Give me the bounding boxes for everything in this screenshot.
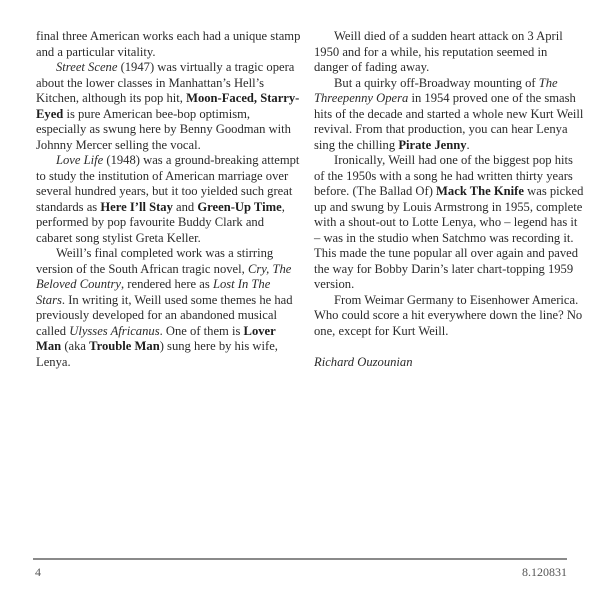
paragraph-conclusion: From Weimar Germany to Eisenhower Americ… — [314, 293, 584, 340]
song-title: Pirate Jenny — [398, 138, 466, 152]
catalogue-number: 8.120831 — [522, 565, 567, 580]
page-number: 4 — [35, 565, 41, 580]
work-title: Ulysses Africanus — [69, 324, 159, 338]
song-title: Green-Up Time — [197, 200, 281, 214]
author-signature: Richard Ouzounian — [314, 355, 584, 371]
text: was picked up and swung by Louis Armstro… — [314, 184, 583, 291]
paragraph-mack-the-knife: Ironically, Weill had one of the biggest… — [314, 153, 584, 293]
song-title: Here I’ll Stay — [100, 200, 173, 214]
left-text-column: final three American works each had a un… — [36, 29, 301, 370]
text: . — [467, 138, 470, 152]
text: Weill’s final completed work was a stirr… — [36, 246, 273, 276]
work-title: Street Scene — [56, 60, 117, 74]
text: , rendered here as — [121, 277, 213, 291]
paragraph-lost-in-the-stars: Weill’s final completed work was a stirr… — [36, 246, 301, 370]
song-title: Mack The Knife — [436, 184, 524, 198]
song-title: Trouble Man — [89, 339, 160, 353]
text: . One of them is — [160, 324, 244, 338]
paragraph-threepenny: But a quirky off-Broadway mounting of Th… — [314, 76, 584, 154]
work-title: Love Life — [56, 153, 103, 167]
text: and — [173, 200, 197, 214]
right-text-column: Weill died of a sudden heart attack on 3… — [314, 29, 584, 371]
text: (aka — [61, 339, 89, 353]
paragraph: final three American works each had a un… — [36, 29, 301, 60]
text: But a quirky off-Broadway mounting of — [334, 76, 539, 90]
footer-rule — [33, 558, 567, 560]
paragraph-love-life: Love Life (1948) was a ground-breaking a… — [36, 153, 301, 246]
paragraph-weill-death: Weill died of a sudden heart attack on 3… — [314, 29, 584, 76]
text: is pure American bee-bop optimism, espec… — [36, 107, 291, 152]
paragraph-street-scene: Street Scene (1947) was virtually a trag… — [36, 60, 301, 153]
